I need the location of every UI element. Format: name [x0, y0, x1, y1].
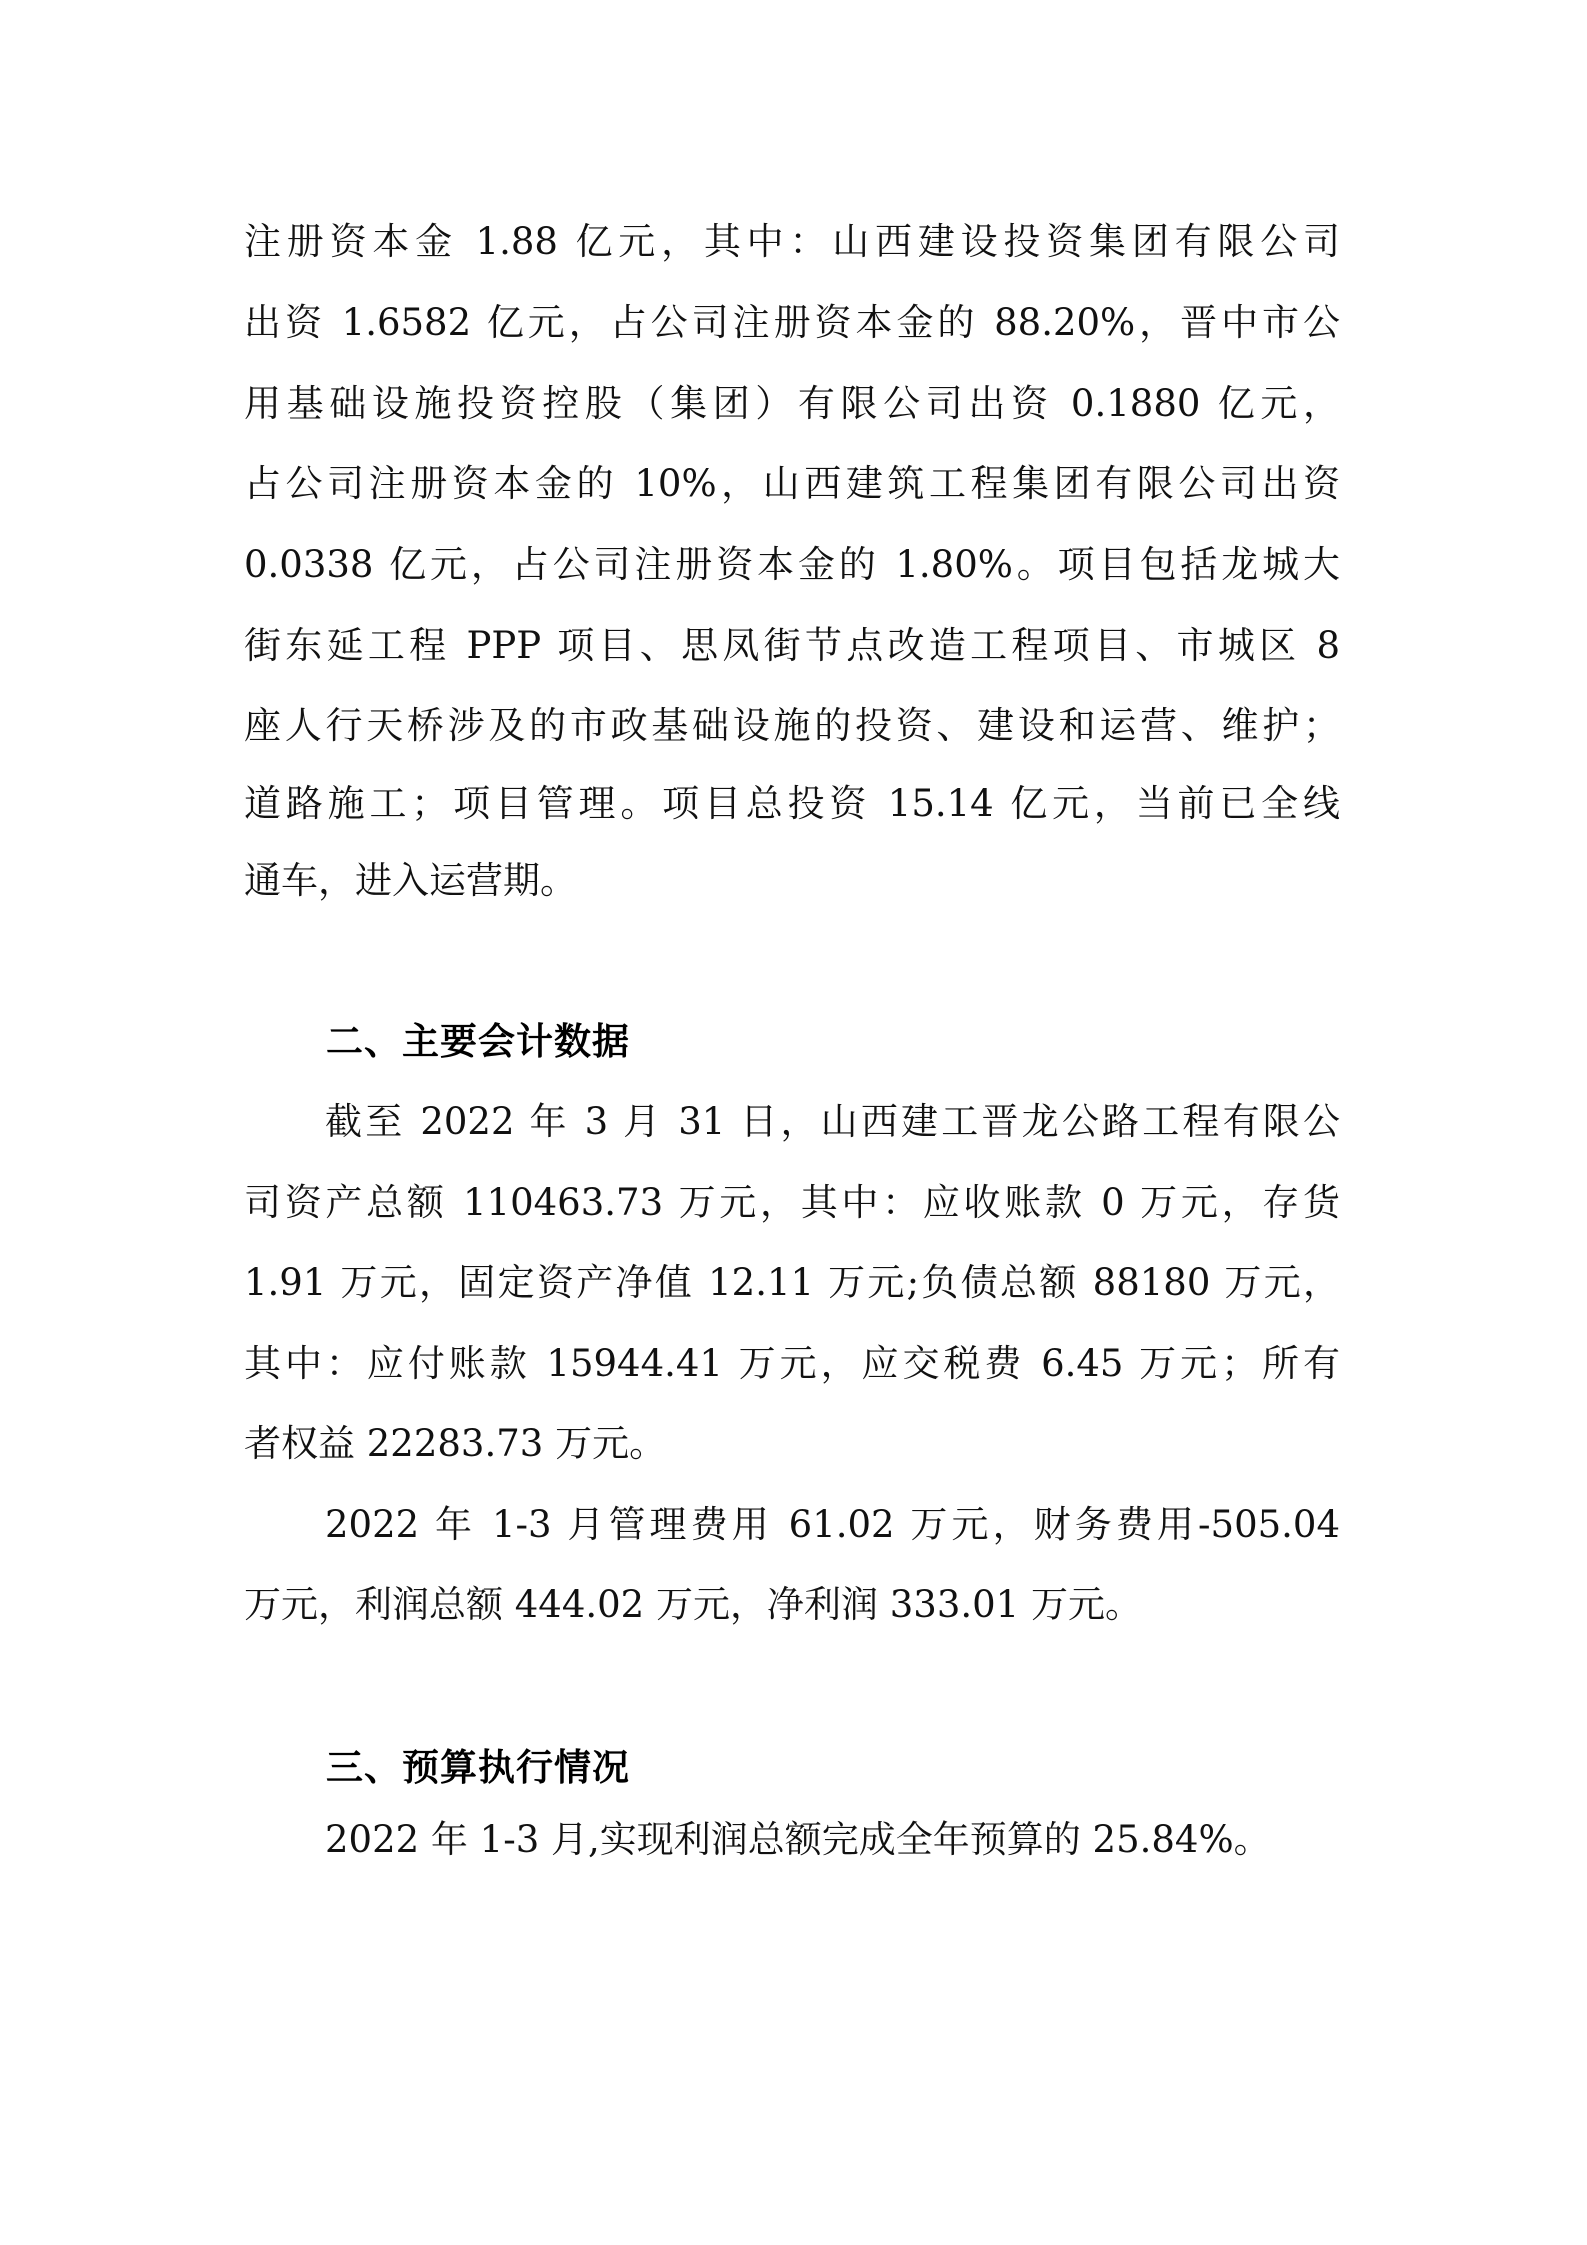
paragraph-line: 占公司注册资本金的 10%，山西建筑工程集团有限公司出资 [244, 454, 1340, 514]
paragraph-line: 座人行天桥涉及的市政基础设施的投资、建设和运营、维护； [244, 696, 1340, 756]
document-page: 注册资本金 1.88 亿元，其中：山西建设投资集团有限公司 出资 1.6582 … [0, 0, 1587, 2245]
paragraph-line: 2022 年 1-3 月管理费用 61.02 万元，财务费用-505.04 [325, 1495, 1340, 1555]
paragraph-line: 司资产总额 110463.73 万元，其中：应收账款 0 万元，存货 [244, 1173, 1340, 1233]
section-heading-budget-execution: 三、预算执行情况 [326, 1738, 630, 1798]
paragraph-line: 用基础设施投资控股（集团）有限公司出资 0.1880 亿元， [244, 374, 1340, 434]
paragraph-line: 出资 1.6582 亿元，占公司注册资本金的 88.20%，晋中市公 [244, 293, 1340, 353]
paragraph-line: 注册资本金 1.88 亿元，其中：山西建设投资集团有限公司 [244, 212, 1340, 272]
paragraph-line: 万元，利润总额 444.02 万元，净利润 333.01 万元。 [244, 1575, 1340, 1635]
paragraph-line: 者权益 22283.73 万元。 [244, 1414, 1340, 1474]
paragraph-line: 街东延工程 PPP 项目、思凤街节点改造工程项目、市城区 8 [244, 616, 1340, 676]
section-heading-accounting-data: 二、主要会计数据 [326, 1012, 630, 1072]
paragraph-line: 道路施工；项目管理。项目总投资 15.14 亿元，当前已全线 [244, 774, 1340, 834]
paragraph-line: 其中：应付账款 15944.41 万元，应交税费 6.45 万元；所有 [244, 1334, 1340, 1394]
paragraph-line: 1.91 万元，固定资产净值 12.11 万元;负债总额 88180 万元， [244, 1253, 1340, 1313]
paragraph-line: 2022 年 1-3 月,实现利润总额完成全年预算的 25.84%。 [325, 1810, 1340, 1870]
paragraph-line: 截至 2022 年 3 月 31 日，山西建工晋龙公路工程有限公 [325, 1092, 1340, 1152]
paragraph-line: 0.0338 亿元，占公司注册资本金的 1.80%。项目包括龙城大 [244, 535, 1340, 595]
paragraph-line: 通车，进入运营期。 [244, 851, 1340, 911]
